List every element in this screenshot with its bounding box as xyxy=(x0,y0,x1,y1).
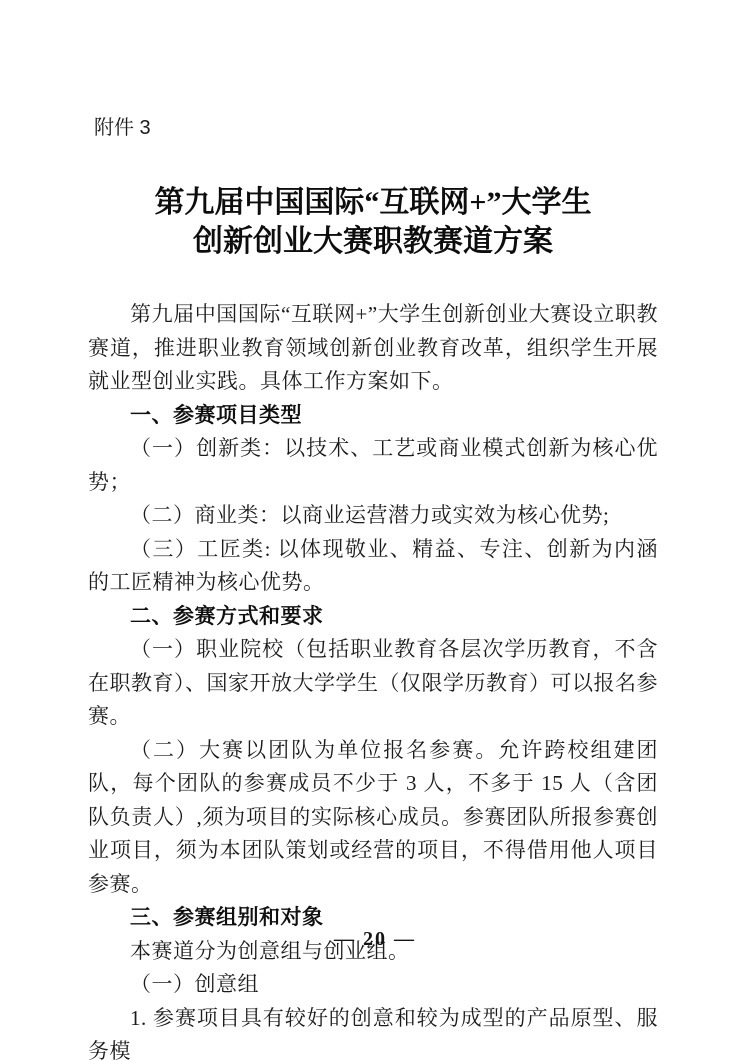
document-title-line1: 第九届中国国际“互联网+”大学生 xyxy=(154,186,591,219)
body-paragraph: （二）大赛以团队为单位报名参赛。允许跨校组建团队，每个团队的参赛成员不少于 3 … xyxy=(88,734,658,902)
body-paragraph: （二）商业类：以商业运营潜力或实效为核心优势; xyxy=(88,499,658,533)
document-title-line2: 创新创业大赛职教赛道方案 xyxy=(193,225,553,258)
page-number: — 20 — xyxy=(0,928,750,951)
section-heading: 二、参赛方式和要求 xyxy=(88,600,658,634)
body-paragraph: （一）创新类：以技术、工艺或商业模式创新为核心优势； xyxy=(88,432,658,499)
body-paragraph: （三）工匠类: 以体现敬业、精益、专注、创新为内涵的工匠精神为核心优势。 xyxy=(88,533,658,600)
document-title: 第九届中国国际“互联网+”大学生 创新创业大赛职教赛道方案 xyxy=(88,183,658,261)
body-paragraph: 第九届中国国际“互联网+”大学生创新创业大赛设立职教赛道，推进职业教育领域创新创… xyxy=(88,298,658,399)
attachment-label: 附件 3 xyxy=(94,114,658,142)
body-paragraph: （一）创意组 xyxy=(88,968,658,1002)
body-paragraph: （一）职业院校（包括职业教育各层次学历教育，不含在职教育）、国家开放大学学生（仅… xyxy=(88,633,658,734)
document-page: 附件 3 第九届中国国际“互联网+”大学生 创新创业大赛职教赛道方案 第九届中国… xyxy=(0,0,750,1061)
body-paragraph: 1. 参赛项目具有较好的创意和较为成型的产品原型、服务模 xyxy=(88,1002,658,1061)
section-heading: 一、参赛项目类型 xyxy=(88,399,658,433)
